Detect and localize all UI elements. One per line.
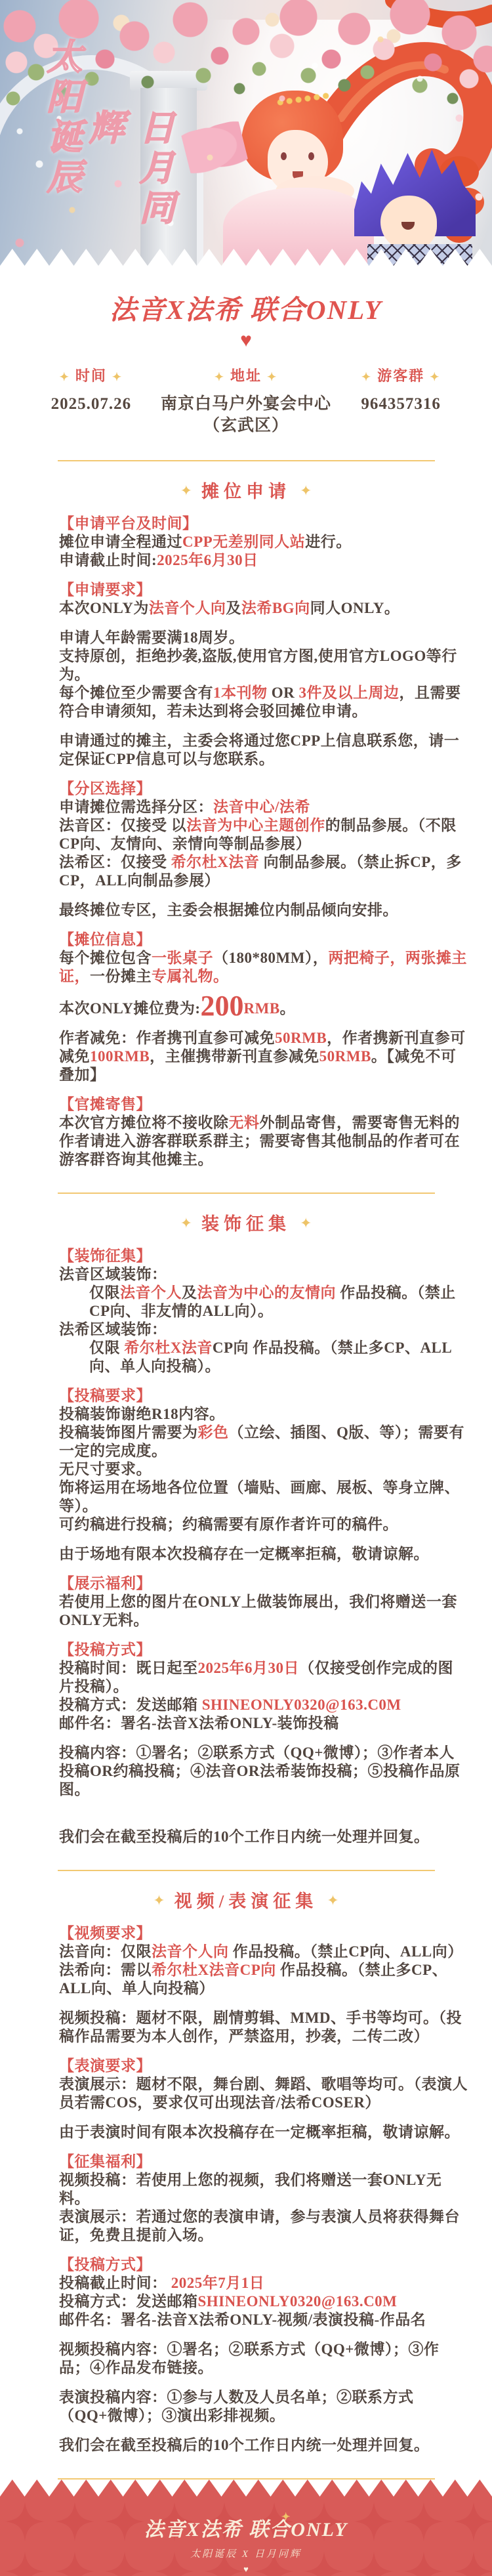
paragraph: 本次官方摊位将不接收除无料外制品寄售，需要寄售无料的作者请进入游客群联系群主；需… <box>59 1114 468 1169</box>
text-segment: 【装饰征集】 <box>59 1248 152 1264</box>
text-segment: 【展示福利】 <box>59 1575 152 1592</box>
section-subtitle: 【征集福利】 <box>59 2153 468 2171</box>
text-segment: 法音区域装饰： <box>59 1266 167 1282</box>
sparkle-icon: ✦ <box>281 2510 291 2523</box>
section-subtitle: 【投稿方式】 <box>59 2256 468 2274</box>
sparkle-icon: ✦ <box>267 371 277 383</box>
highlight-text: CPP无差别同人站 <box>182 534 305 550</box>
event-poster: 太阳诞辰 日月同辉 法音X法希 联合ONLY ♥ ✦时间✦ 2025.07.26… <box>0 0 492 2576</box>
text-segment: 无尺寸要求。 <box>59 1461 152 1477</box>
paragraph: 由于表演时间有限本次投稿存在一定概率拒稿，敬请谅解。 <box>59 2123 468 2142</box>
text-segment: 我们会在截至投稿后的10个工作日内统一处理并回复。 <box>59 1828 430 1845</box>
paragraph: 本次ONLY为法音个人向及法希BG向同人ONLY。 <box>59 599 468 618</box>
section-subtitle: 【视频要求】 <box>59 1924 468 1943</box>
paragraph: 视频投稿：题材不限，剧情剪辑、MMD、手书等均可。（投稿作品需要为本人创作，严禁… <box>59 2009 468 2046</box>
section-subtitle: 【申请平台及时间】 <box>59 515 468 533</box>
text-segment: 由于表演时间有限本次投稿存在一定概率拒稿，敬请谅解。 <box>59 2124 460 2140</box>
paragraph: 申请人年龄需要满18周岁。 <box>59 629 468 647</box>
sparkle-icon: ✦ <box>300 1215 312 1231</box>
zigzag-border-top <box>0 249 492 266</box>
section-title: 摊位申请 <box>201 482 291 501</box>
paragraph: 邮件名：署名-法音X法希ONLY-装饰投稿 <box>59 1714 468 1733</box>
footer-title-text: 法音X法希 联合ONLY <box>144 2519 348 2541</box>
text-segment: 【申请要求】 <box>59 581 152 598</box>
heart-icon: ♥ <box>0 2565 492 2573</box>
paragraph: 本次ONLY摊位费为:200RMB。 <box>59 997 468 1018</box>
info-card-group: ✦游客群✦ 964357316 <box>332 365 470 436</box>
paragraph: 可约稿进行投稿；约稿需要有原作者许可的稿件。 <box>59 1515 468 1534</box>
highlight-text: 彩色 <box>198 1424 229 1441</box>
highlight-text: 50RMB <box>319 1048 371 1065</box>
text-segment: 及 <box>226 600 241 616</box>
highlight-text: 3件及以上周边 <box>299 685 400 701</box>
info-label-text: 时间 <box>75 368 107 384</box>
text-segment: 摊位申请全程通过 <box>59 534 182 550</box>
footer-title: 法音X法希 联合ONLY✦ <box>144 2513 348 2542</box>
section-subtitle: 【表演要求】 <box>59 2057 468 2075</box>
heart-icon: ♥ <box>0 331 492 350</box>
highlight-text: 2025年6月30日 <box>198 1660 300 1676</box>
hero-illustration: 太阳诞辰 日月同辉 <box>0 0 492 266</box>
section-divider <box>58 460 435 461</box>
section-subtitle: 【摊位信息】 <box>59 931 468 949</box>
section-header: ✦视频/表演征集✦ <box>0 1887 492 1912</box>
highlight-text: RMB <box>244 1000 280 1017</box>
paragraph: 表演展示：题材不限，舞台剧、舞蹈、歌唱等均可。（表演人员若需COS，要求仅可出现… <box>59 2075 468 2112</box>
sparkle-icon: ✦ <box>60 371 70 383</box>
text-segment: 申请截止时间: <box>59 552 157 568</box>
paragraph: 表演投稿内容：①参与人数及人员名单；②联系方式（QQ+微博）；③演出彩排视频。 <box>59 2388 468 2425</box>
text-segment: 本次ONLY摊位费为: <box>59 1000 201 1017</box>
section-subtitle: 【展示福利】 <box>59 1574 468 1593</box>
text-segment: 【视频要求】 <box>59 1925 152 1941</box>
content-sections: ✦摊位申请✦【申请平台及时间】摊位申请全程通过CPP无差别同人站进行。申请截止时… <box>0 436 492 2480</box>
section-subtitle: 【分区选择】 <box>59 780 468 798</box>
section-divider <box>58 1870 435 1871</box>
text-segment: 投稿截止时间： <box>59 2275 171 2291</box>
paragraph: 表演展示：若通过您的表演申请，参与表演人员将获得舞台证，免费且提前入场。 <box>59 2208 468 2245</box>
section-header: ✦摊位申请✦ <box>0 477 492 503</box>
highlight-text: 法音为中心的友情向 <box>197 1284 337 1301</box>
info-label: ✦时间✦ <box>22 365 160 385</box>
text-segment: 及 <box>182 1284 197 1301</box>
paragraph: 由于场地有限本次投稿存在一定概率拒稿，敬请谅解。 <box>59 1545 468 1563</box>
section-divider <box>58 1193 435 1194</box>
paragraph: 作者减免：作者携刊直参可减免50RMB，作者携新刊直参可减免100RMB，主催携… <box>59 1029 468 1084</box>
paragraph: 法希区：仅接受 希尔杜X法音 向制品参展。（禁止拆CP，多CP，ALL向制品参展… <box>59 853 468 890</box>
paragraph: 投稿内容：①署名；②联系方式（QQ+微博）；③作者本人投稿OR约稿投稿；④法音O… <box>59 1744 468 1799</box>
text-segment: 支持原创，拒绝抄袭,盗版,使用官方图,使用官方LOGO等行为。 <box>59 648 457 683</box>
info-label: ✦游客群✦ <box>332 365 470 385</box>
text-segment: 法希向：需以 <box>59 1962 152 1978</box>
text-segment: 本次官方摊位将不接收除 <box>59 1114 229 1131</box>
highlight-text: 200 <box>201 990 244 1022</box>
text-segment: 【分区选择】 <box>59 780 152 797</box>
info-value: 南京白马户外宴会中心（玄武区） <box>160 394 332 436</box>
text-segment: 法音区：仅接受 以 <box>59 817 186 834</box>
sparkle-icon: ✦ <box>215 371 225 383</box>
section-subtitle: 【装饰征集】 <box>59 1247 468 1265</box>
text-segment: 一份摊主 <box>90 968 152 984</box>
highlight-text: 2025年7月1日 <box>171 2275 265 2291</box>
paragraph: 我们会在截至投稿后的10个工作日内统一处理并回复。 <box>59 1828 468 1846</box>
text-segment: 【表演要求】 <box>59 2058 152 2074</box>
paragraph: 无尺寸要求。 <box>59 1460 468 1479</box>
text-segment: 【投稿要求】 <box>59 1387 152 1404</box>
text-segment: 视频投稿：题材不限，剧情剪辑、MMD、手书等均可。（投稿作品需要为本人创作，严禁… <box>59 2010 462 2044</box>
text-segment: 可约稿进行投稿；约稿需要有原作者许可的稿件。 <box>59 1516 398 1532</box>
sparkle-icon: ✦ <box>153 1892 165 1909</box>
paragraph: 投稿方式：发送邮箱 SHINEONLY0320@163.C0M <box>59 1696 468 1714</box>
text-segment: 由于场地有限本次投稿存在一定概率拒稿，敬请谅解。 <box>59 1546 429 1562</box>
text-segment: 表演投稿内容：①参与人数及人员名单；②联系方式（QQ+微博）；③演出彩排视频。 <box>59 2389 414 2424</box>
text-segment: 【摊位信息】 <box>59 931 152 948</box>
footer-body: 法音X法希 联合ONLY✦ 太阳诞辰 X 日月同辉 ♥ <box>0 2497 492 2576</box>
sparkle-icon: ✦ <box>361 371 372 383</box>
text-segment: 最终摊位专区，主委会根据摊位内制品倾向安排。 <box>59 902 398 918</box>
text-segment: 若使用上您的图片在ONLY上做装饰展出，我们将赠送一套ONLY无料。 <box>59 1594 457 1628</box>
text-segment: 投稿内容：①署名；②联系方式（QQ+微博）；③作者本人投稿OR约稿投稿；④法音O… <box>59 1744 461 1798</box>
section-title: 视频/表演征集 <box>174 1891 318 1911</box>
info-label-text: 地址 <box>230 368 262 384</box>
paragraph: 投稿装饰谢绝R18内容。 <box>59 1405 468 1424</box>
info-row: ✦时间✦ 2025.07.26 ✦地址✦ 南京白马户外宴会中心（玄武区） ✦游客… <box>0 365 492 436</box>
info-value: 964357316 <box>332 394 470 415</box>
text-segment: 视频投稿内容：①署名；②联系方式（QQ+微博）；③作品；④作品发布链接。 <box>59 2341 439 2376</box>
highlight-text: 专属礼物。 <box>152 968 229 984</box>
text-segment: 法希区：仅接受 <box>59 854 171 870</box>
text-segment: 邮件名：署名-法音X法希ONLY-装饰投稿 <box>59 1715 339 1731</box>
highlight-text: 法音个人向 <box>149 600 226 616</box>
text-segment: 作者减免：作者携刊直参可减免 <box>59 1030 275 1046</box>
text-segment: 饰将运用在场地各位位置（墙贴、画廊、展板、等身立牌、等）。 <box>59 1479 460 1514</box>
text-segment: 【申请平台及时间】 <box>59 515 198 532</box>
highlight-text: 法音个人向 <box>152 1943 229 1960</box>
vertical-title-2: 日月同辉 <box>79 109 180 266</box>
text-segment: （180*80MM）， <box>213 950 328 966</box>
info-label: ✦地址✦ <box>160 365 332 385</box>
info-label-text: 游客群 <box>377 368 424 384</box>
highlight-text: 1本刊物 <box>213 685 268 701</box>
text-segment: 进行。 <box>305 534 352 550</box>
paragraph: 投稿方式：发送邮箱SHINEONLY0320@163.C0M <box>59 2292 468 2311</box>
sparkle-icon: ✦ <box>300 482 312 499</box>
address-line-1: 南京白马户外宴会中心 <box>161 395 331 413</box>
text-segment: 法音向：仅限 <box>59 1943 152 1960</box>
section-subtitle: 【官摊寄售】 <box>59 1095 468 1114</box>
text-segment: 表演展示：题材不限，舞台剧、舞蹈、歌唱等均可。（表演人员若需COS，要求仅可出现… <box>59 2076 468 2111</box>
text-segment: 每个摊位包含 <box>59 950 152 966</box>
text-segment: 【投稿方式】 <box>59 2256 152 2273</box>
info-card-time: ✦时间✦ 2025.07.26 <box>22 365 160 436</box>
highlight-text: 法音个人 <box>120 1284 182 1301</box>
text-segment: 【官摊寄售】 <box>59 1096 152 1112</box>
paragraph: 法音向：仅限法音个人向 作品投稿。（禁止CP向、ALL向） <box>59 1943 468 1961</box>
paragraph: 仅限法音个人及法音为中心的友情向 作品投稿。（禁止CP向、非友情的ALL向）。 <box>59 1284 468 1320</box>
paragraph: 支持原创，拒绝抄袭,盗版,使用官方图,使用官方LOGO等行为。 <box>59 647 468 684</box>
highlight-text: 一张桌子 <box>152 950 213 966</box>
highlight-text: 两把椅子， <box>328 950 405 966</box>
page-title: 法音X法希 联合ONLY <box>0 288 492 327</box>
highlight-text: 50RMB <box>275 1030 327 1046</box>
section-body: 【视频要求】法音向：仅限法音个人向 作品投稿。（禁止CP向、ALL向）法希向：需… <box>59 1924 468 2455</box>
text-segment: 仅限 <box>89 1284 120 1301</box>
sparkle-icon: ✦ <box>430 371 440 383</box>
paragraph: 仅限 希尔杜X法音CP向 作品投稿。（禁止多CP、ALL向、单人向投稿）。 <box>59 1339 468 1376</box>
info-card-address: ✦地址✦ 南京白马户外宴会中心（玄武区） <box>160 365 332 436</box>
sparkle-icon: ✦ <box>180 482 192 499</box>
highlight-text: SHINEONLY0320@163.C0M <box>198 2293 398 2310</box>
text-segment: 法希区域装饰： <box>59 1321 167 1338</box>
paragraph: 我们会在截至投稿后的10个工作日内统一处理并回复。 <box>59 2436 468 2455</box>
paragraph: 申请摊位需选择分区：法音中心/法希 <box>59 798 468 816</box>
paragraph: 最终摊位专区，主委会根据摊位内制品倾向安排。 <box>59 901 468 919</box>
text-segment: 同人ONLY。 <box>310 600 400 616</box>
text-segment: ，主催携带新刊直参减免 <box>150 1048 319 1065</box>
paragraph: 视频投稿内容：①署名；②联系方式（QQ+微博）；③作品；④作品发布链接。 <box>59 2340 468 2377</box>
text-segment: 表演展示：若通过您的表演申请，参与表演人员将获得舞台证，免费且提前入场。 <box>59 2208 460 2243</box>
footer: 法音X法希 联合ONLY✦ 太阳诞辰 X 日月同辉 ♥ <box>0 2480 492 2576</box>
paragraph: 邮件名：署名-法音X法希ONLY-视频/表演投稿-作品名 <box>59 2311 468 2329</box>
sparkle-icon: ✦ <box>327 1892 338 1909</box>
text-segment: 视频投稿：若使用上您的视频，我们将赠送一套ONLY无料。 <box>59 2172 441 2206</box>
paragraph: 法希区域装饰： <box>59 1320 468 1339</box>
text-segment: 投稿装饰谢绝R18内容。 <box>59 1406 225 1422</box>
address-line-2: （玄武区） <box>203 417 289 434</box>
text-segment: 申请人年龄需要满18周岁。 <box>59 629 245 646</box>
highlight-text: 希尔杜X法音 <box>124 1340 213 1356</box>
sparkle-icon: ✦ <box>112 371 123 383</box>
highlight-text: 法音中心/法希 <box>213 799 310 815</box>
text-segment: 邮件名：署名-法音X法希ONLY-视频/表演投稿-作品名 <box>59 2312 426 2328</box>
section-subtitle: 【投稿要求】 <box>59 1387 468 1405</box>
text-segment: 投稿方式：发送邮箱 <box>59 1697 202 1713</box>
text-segment: 仅限 <box>89 1340 124 1356</box>
highlight-text: 希尔杜X法音CP向 <box>152 1962 276 1978</box>
zigzag-border-bottom <box>0 2480 492 2497</box>
paragraph: 法音区：仅接受 以法音为中心主题创作的制品参展。（不限CP向、友情向、亲情向等制… <box>59 816 468 853</box>
highlight-text: 无料 <box>229 1114 260 1131</box>
paragraph: 投稿装饰图片需要为彩色（立绘、插图、Q版、等）；需要有一定的完成度。 <box>59 1424 468 1460</box>
text-segment: 申请通过的摊主，主委会将通过您CPP上信息联系您，请一定保证CPP信息可以与您联… <box>59 732 459 767</box>
sparkle-icon: ✦ <box>180 1215 192 1231</box>
paragraph: 每个摊位包含一张桌子（180*80MM），两把椅子，两张摊主证，一份摊主专属礼物… <box>59 949 468 986</box>
paragraph: 视频投稿：若使用上您的视频，我们将赠送一套ONLY无料。 <box>59 2171 468 2208</box>
highlight-text: SHINEONLY0320@163.C0M <box>202 1697 401 1713</box>
highlight-text: 法希BG向 <box>241 600 310 616</box>
footer-subtitle: 太阳诞辰 X 日月同辉 <box>0 2546 492 2560</box>
text-segment: 【征集福利】 <box>59 2153 152 2170</box>
text-segment: 投稿方式：发送邮箱 <box>59 2293 198 2310</box>
text-segment: 【投稿方式】 <box>59 1641 152 1658</box>
paragraph: 若使用上您的图片在ONLY上做装饰展出，我们将赠送一套ONLY无料。 <box>59 1593 468 1630</box>
paragraph: 法希向：需以希尔杜X法音CP向 作品投稿。（禁止多CP、ALL向、单人向投稿） <box>59 1961 468 1998</box>
text-segment: 投稿装饰图片需要为 <box>59 1424 198 1441</box>
text-segment: 本次ONLY为 <box>59 600 149 616</box>
paragraph: 申请通过的摊主，主委会将通过您CPP上信息联系您，请一定保证CPP信息可以与您联… <box>59 732 468 769</box>
text-segment: 投稿时间：既日起至 <box>59 1660 198 1676</box>
paragraph: 投稿截止时间： 2025年7月1日 <box>59 2274 468 2292</box>
paragraph: 投稿时间：既日起至2025年6月30日（仅接受创作完成的图片投稿）。 <box>59 1659 468 1696</box>
paragraph: 饰将运用在场地各位位置（墙贴、画廊、展板、等身立牌、等）。 <box>59 1479 468 1515</box>
text-segment: 我们会在截至投稿后的10个工作日内统一处理并回复。 <box>59 2437 430 2453</box>
info-value: 2025.07.26 <box>22 394 160 415</box>
paragraph: 申请截止时间:2025年6月30日 <box>59 551 468 570</box>
text-segment: 作品投稿。（禁止CP向、ALL向） <box>229 1943 463 1960</box>
highlight-text: 希尔杜X法音 <box>171 854 260 870</box>
section-subtitle: 【申请要求】 <box>59 581 468 599</box>
section-header: ✦装饰征集✦ <box>0 1210 492 1235</box>
highlight-text: 2025年6月30日 <box>157 552 258 568</box>
text-segment: 申请摊位需选择分区： <box>59 799 213 815</box>
section-title: 装饰征集 <box>201 1214 291 1234</box>
highlight-text: 法音为中心主题创作 <box>186 817 325 834</box>
paragraph: 摊位申请全程通过CPP无差别同人站进行。 <box>59 533 468 551</box>
section-body: 【装饰征集】法音区域装饰：仅限法音个人及法音为中心的友情向 作品投稿。（禁止CP… <box>59 1247 468 1846</box>
text-segment: 每个摊位至少需要含有 <box>59 685 213 701</box>
highlight-text: 100RMB <box>90 1048 150 1065</box>
section-body: 【申请平台及时间】摊位申请全程通过CPP无差别同人站进行。申请截止时间:2025… <box>59 515 468 1169</box>
section-subtitle: 【投稿方式】 <box>59 1641 468 1659</box>
text-segment: 。 <box>280 1000 296 1017</box>
paragraph: 法音区域装饰： <box>59 1265 468 1284</box>
text-segment: OR <box>268 685 299 701</box>
paragraph: 每个摊位至少需要含有1本刊物 OR 3件及以上周边，且需要符合申请须知，若未达到… <box>59 684 468 721</box>
